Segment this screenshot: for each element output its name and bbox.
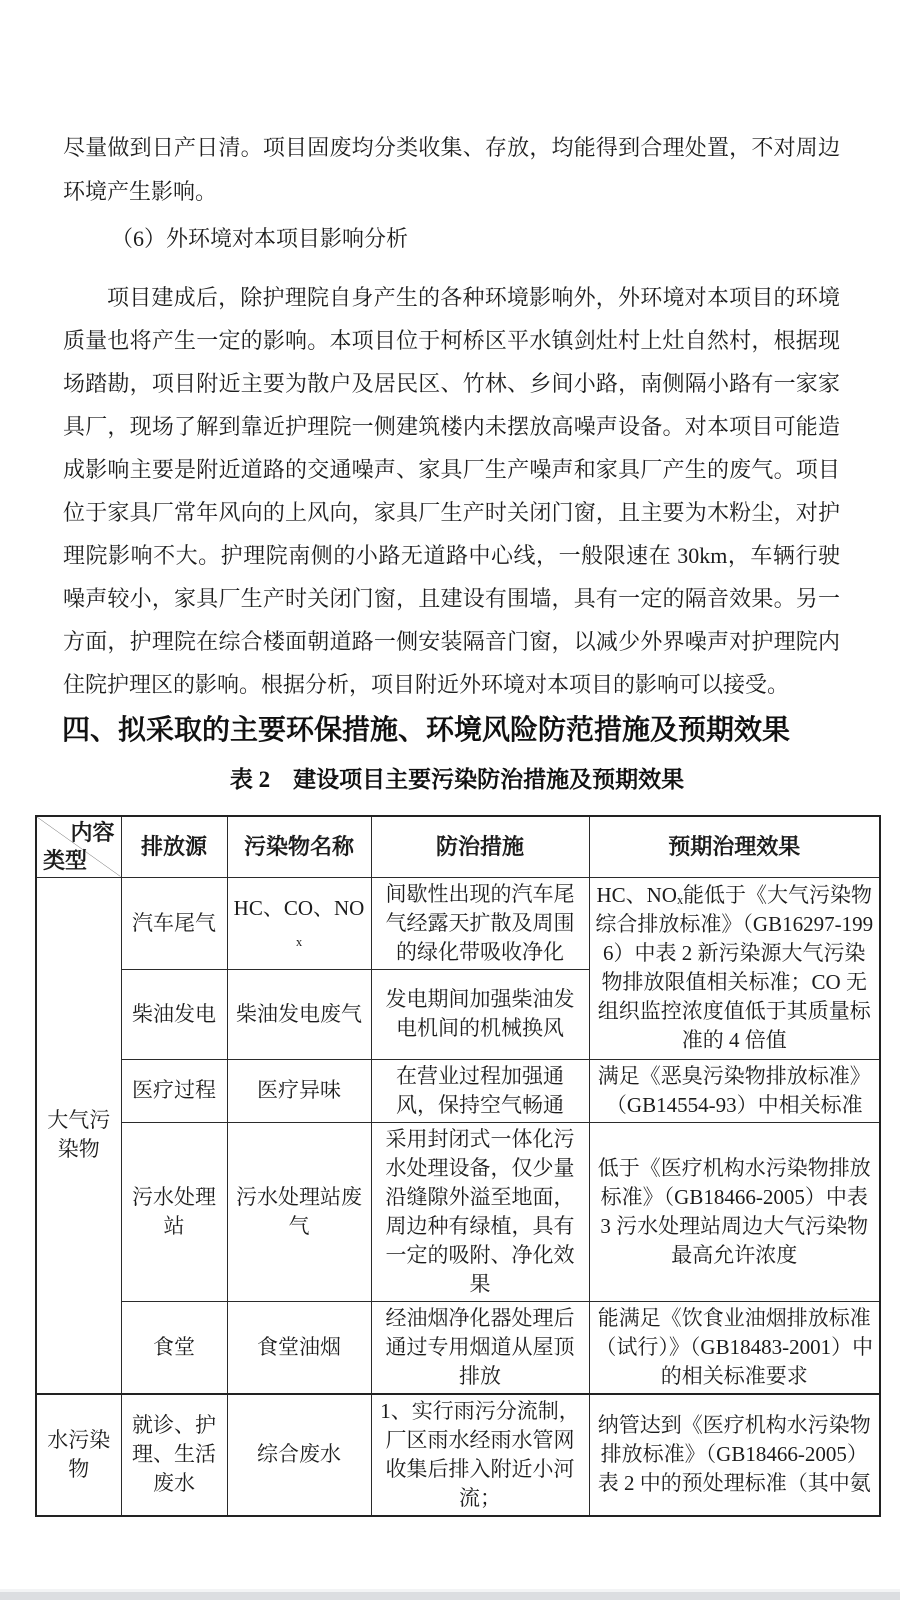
table-row: 污水处理站 污水处理站废气 采用封闭式一体化污水处理设备，仅少量沿缝隙外溢至地面… xyxy=(36,1122,880,1301)
paragraph-main: 项目建成后，除护理院自身产生的各种环境影响外，外环境对本项目的环境 质量也将产生… xyxy=(63,276,840,706)
cell-measure: 在营业过程加强通风，保持空气畅通 xyxy=(371,1059,589,1122)
paragraph-line: 项目建成后，除护理院自身产生的各种环境影响外，外环境对本项目的环境 xyxy=(63,276,840,319)
cell-effect: 能满足《饮食业油烟排放标准（试行）》（GB18483-2001）中的相关标准要求 xyxy=(589,1301,880,1394)
header-measure: 防治措施 xyxy=(371,816,589,877)
cell-pollutant: 柴油发电废气 xyxy=(227,969,371,1059)
section-heading: 四、拟采取的主要环保措施、环境风险防范措施及预期效果 xyxy=(62,710,862,750)
table-row: 医疗过程 医疗异味 在营业过程加强通风，保持空气畅通 满足《恶臭污染物排放标准》… xyxy=(36,1059,880,1122)
cell-measure: 经油烟净化器处理后通过专用烟道从屋顶排放 xyxy=(371,1301,589,1394)
document-page: { "paragraphs": { "p1_lines": [ "尽量做到日产日… xyxy=(0,0,900,1600)
page-bottom-bar xyxy=(0,1589,900,1600)
cell-effect: 满足《恶臭污染物排放标准》（GB14554-93）中相关标准 xyxy=(589,1059,880,1122)
table-row: 食堂 食堂油烟 经油烟净化器处理后通过专用烟道从屋顶排放 能满足《饮食业油烟排放… xyxy=(36,1301,880,1394)
header-pollutant: 污染物名称 xyxy=(227,816,371,877)
group-cell-water: 水污染物 xyxy=(36,1394,121,1516)
sub-heading: （6）外环境对本项目影响分析 xyxy=(63,217,840,261)
header-source: 排放源 xyxy=(121,816,227,877)
cell-measure: 采用封闭式一体化污水处理设备，仅少量沿缝隙外溢至地面，周边种有绿植，具有一定的吸… xyxy=(371,1122,589,1301)
cell-source: 就诊、护理、生活废水 xyxy=(121,1394,227,1516)
table-row: 大气污染物 汽车尾气 HC、CO、NOₓ 间歇性出现的汽车尾气经露天扩散及周围的… xyxy=(36,877,880,969)
cell-pollutant: 污水处理站废气 xyxy=(227,1122,371,1301)
cell-effect: 低于《医疗机构水污染物排放标准》（GB18466-2005）中表 3 污水处理站… xyxy=(589,1122,880,1301)
cell-measure: 间歇性出现的汽车尾气经露天扩散及周围的绿化带吸收净化 xyxy=(371,877,589,969)
header-effect: 预期治理效果 xyxy=(589,816,880,877)
paragraph-line: 住院护理区的影响。根据分析，项目附近外环境对本项目的影响可以接受。 xyxy=(63,663,840,706)
pollution-measures-table: 内容 类型 排放源 污染物名称 防治措施 预期治理效果 大气污染物 汽车尾气 H… xyxy=(35,815,881,1517)
paragraph-continued: 尽量做到日产日清。项目固废均分类收集、存放，均能得到合理处置，不对周边 环境产生… xyxy=(63,126,840,214)
paragraph-line: 具厂，现场了解到靠近护理院一侧建筑楼内未摆放高噪声设备。对本项目可能造 xyxy=(63,405,840,448)
cell-pollutant: 食堂油烟 xyxy=(227,1301,371,1394)
cell-source: 汽车尾气 xyxy=(121,877,227,969)
paragraph-line: 环境产生影响。 xyxy=(63,170,840,214)
corner-label-type: 类型 xyxy=(43,848,87,874)
cell-pollutant: 医疗异味 xyxy=(227,1059,371,1122)
cell-effect: 纳管达到《医疗机构水污染物排放标准》（GB18466-2005）表 2 中的预处… xyxy=(589,1394,880,1516)
table-caption: 表 2 建设项目主要污染防治措施及预期效果 xyxy=(35,763,879,797)
cell-pollutant: HC、CO、NOₓ xyxy=(227,877,371,969)
paragraph-line: 方面，护理院在综合楼面朝道路一侧安装隔音门窗，以减少外界噪声对护理院内 xyxy=(63,620,840,663)
cell-measure: 发电期间加强柴油发电机间的机械换风 xyxy=(371,969,589,1059)
paragraph-line: 尽量做到日产日清。项目固废均分类收集、存放，均能得到合理处置，不对周边 xyxy=(63,126,840,170)
cell-pollutant: 综合废水 xyxy=(227,1394,371,1516)
paragraph-line: 位于家具厂常年风向的上风向，家具厂生产时关闭门窗，且主要为木粉尘，对护 xyxy=(63,491,840,534)
paragraph-line: 成影响主要是附近道路的交通噪声、家具厂生产噪声和家具厂产生的废气。项目 xyxy=(63,448,840,491)
corner-label-content: 内容 xyxy=(70,820,114,846)
group-cell-air: 大气污染物 xyxy=(36,877,121,1394)
cell-source: 医疗过程 xyxy=(121,1059,227,1122)
cell-effect: HC、NOₓ能低于《大气污染物综合排放标准》（GB16297-1996）中表 2… xyxy=(589,877,880,1059)
paragraph-line: 质量也将产生一定的影响。本项目位于柯桥区平水镇剑灶村上灶自然村，根据现 xyxy=(63,319,840,362)
cell-source: 食堂 xyxy=(121,1301,227,1394)
paragraph-line: 噪声较小，家具厂生产时关闭门窗，且建设有围墙，具有一定的隔音效果。另一 xyxy=(63,577,840,620)
paragraph-line: 场踏勘，项目附近主要为散户及居民区、竹林、乡间小路，南侧隔小路有一家家 xyxy=(63,362,840,405)
corner-header-cell: 内容 类型 xyxy=(36,816,121,877)
paragraph-line: 理院影响不大。护理院南侧的小路无道路中心线，一般限速在 30km，车辆行驶 xyxy=(63,534,840,577)
cell-source: 柴油发电 xyxy=(121,969,227,1059)
table-row: 水污染物 就诊、护理、生活废水 综合废水 1、实行雨污分流制，厂区雨水经雨水管网… xyxy=(36,1394,880,1516)
cell-measure: 1、实行雨污分流制，厂区雨水经雨水管网收集后排入附近小河流； xyxy=(371,1394,589,1516)
cell-source: 污水处理站 xyxy=(121,1122,227,1301)
